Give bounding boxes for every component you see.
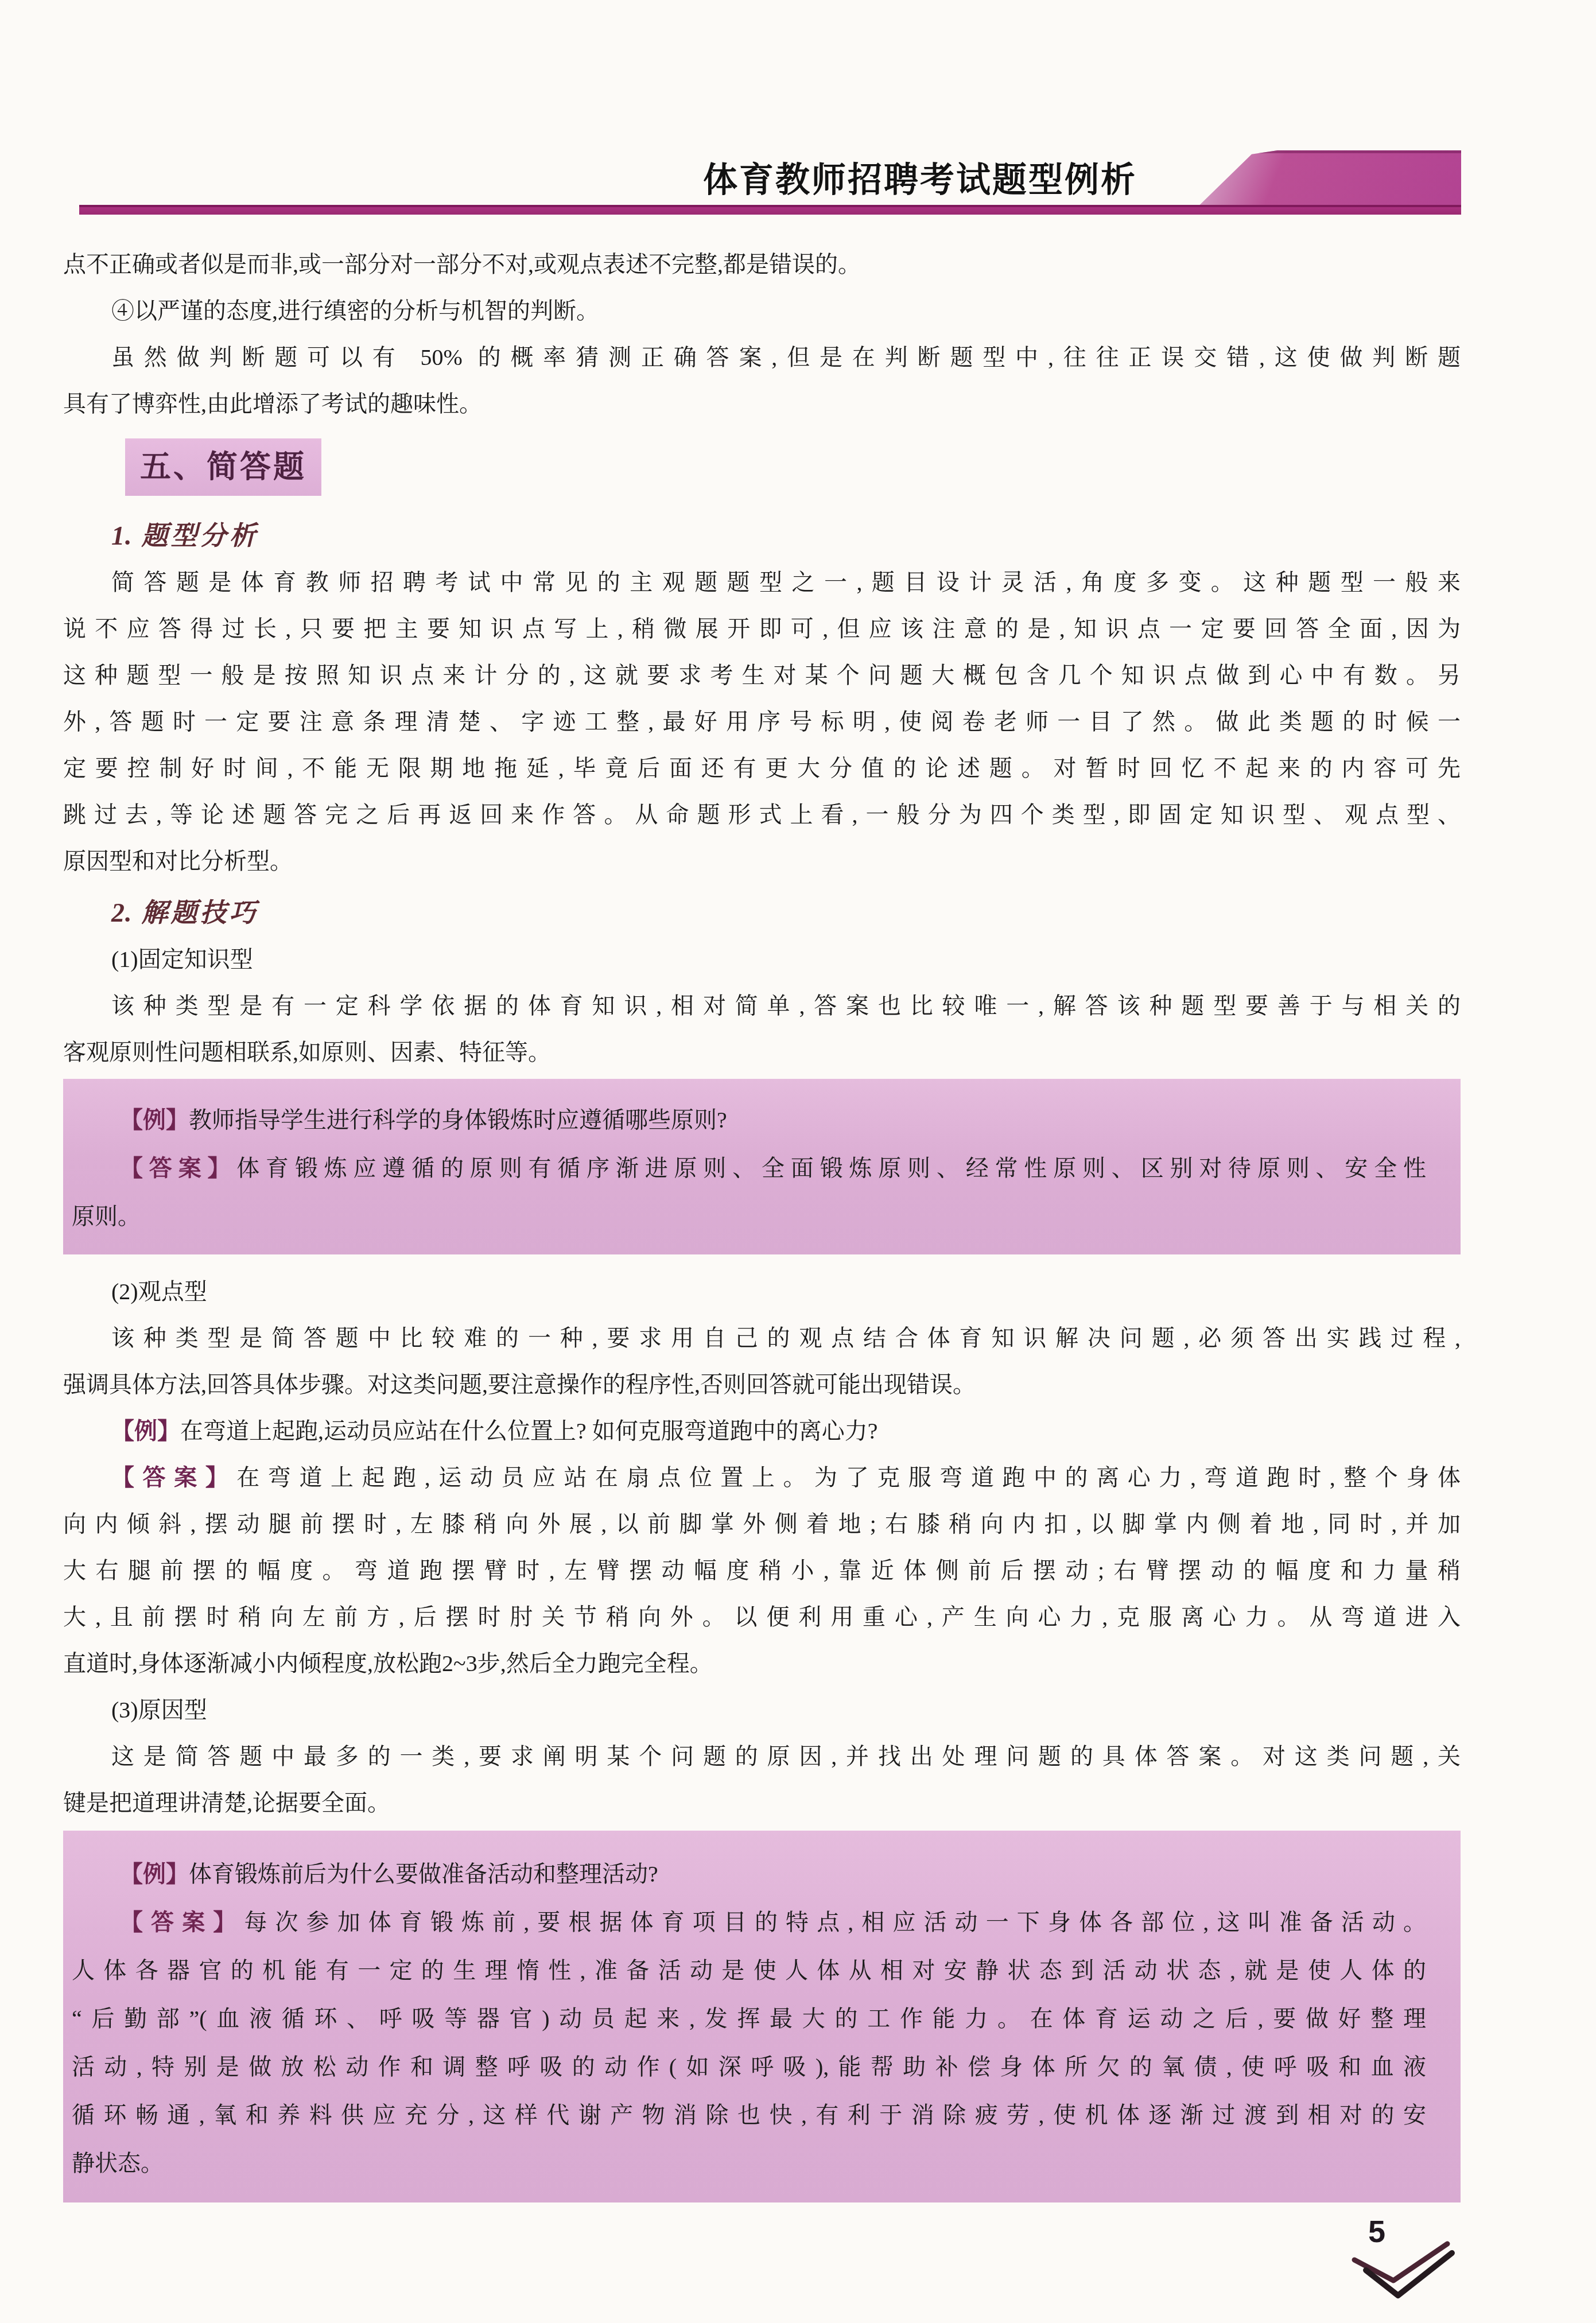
example-question-line: 【例】在弯道上起跑,运动员应站在什么位置上? 如何克服弯道跑中的离心力? — [63, 1408, 1461, 1454]
example-question: 教师指导学生进行科学的身体锻炼时应遵循哪些原则? — [189, 1107, 727, 1133]
example-answer-line: 向内倾斜,摆动腿前摆时,左膝稍向外展,以前脚掌外侧着地;右膝稍向内扣,以脚掌内侧… — [63, 1501, 1461, 1547]
text-line: 这是简答题中最多的一类,要求阐明某个问题的原因,并找出处理问题的具体答案。对这类… — [63, 1733, 1461, 1780]
type-heading-2: (2)观点型 — [63, 1268, 1461, 1315]
answer-text: 每次参加体育锻炼前,要根据体育项目的特点,相应活动一下身体各部位,这叫准备活动。 — [244, 1909, 1426, 1935]
example-question: 体育锻炼前后为什么要做准备活动和整理活动? — [189, 1861, 658, 1887]
text-line: 具有了博弈性,由此增添了考试的趣味性。 — [63, 380, 1461, 427]
example-answer-line: 直道时,身体逐渐减小内倾程度,放松跑2~3步,然后全力跑完全程。 — [63, 1640, 1461, 1687]
example-answer-line: 人体各器官的机能有一定的生理惰性,准备活动是使人体从相对安静状态到活动状态,就是… — [72, 1947, 1426, 1995]
text-line: 该种类型是简答题中比较难的一种,要求用自己的观点结合体育知识解决问题,必须答出实… — [63, 1315, 1461, 1361]
book-page: 体育教师招聘考试题型例析 点不正确或者似是而非,或一部分对一部分不对,或观点表述… — [0, 0, 1596, 2323]
subsection-title: 解题技巧 — [142, 898, 259, 927]
subsection-heading-1: 1.题型分析 — [63, 513, 1461, 559]
text-line: 强调具体方法,回答具体步骤。对这类问题,要注意操作的程序性,否则回答就可能出现错… — [63, 1361, 1461, 1408]
subsection-title: 题型分析 — [142, 521, 259, 550]
text-line: ④以严谨的态度,进行缜密的分析与机智的判断。 — [63, 288, 1461, 334]
example-answer-line: 大,且前摆时稍向左前方,后摆时肘关节稍向外。以便利用重心,产生向心力,克服离心力… — [63, 1594, 1461, 1640]
example-answer-line: 原则。 — [72, 1192, 1426, 1241]
text-line: 说不应答得过长,只要把主要知识点写上,稍微展开即可,但应该注意的是,知识点一定要… — [63, 605, 1461, 652]
text-line: 客观原则性问题相联系,如原则、因素、特征等。 — [63, 1029, 1461, 1075]
example-question-line: 【例】体育锻炼前后为什么要做准备活动和整理活动? — [72, 1850, 1426, 1898]
wing-checkmark-icon — [1346, 2236, 1461, 2305]
example-answer-line: 【答案】在弯道上起跑,运动员应站在扇点位置上。为了克服弯道跑中的离心力,弯道跑时… — [63, 1454, 1461, 1501]
answer-label: 【答案】 — [111, 1464, 236, 1490]
subsection-number: 2. — [111, 898, 133, 927]
type-heading-1: (1)固定知识型 — [63, 936, 1461, 982]
answer-label: 【答案】 — [120, 1909, 244, 1935]
example-answer-line: 【答案】体育锻炼应遵循的原则有循序渐进原则、全面锻炼原则、经常性原则、区别对待原… — [72, 1144, 1426, 1192]
subsection-number: 1. — [111, 521, 133, 550]
page-body: 点不正确或者似是而非,或一部分对一部分不对,或观点表述不完整,都是错误的。 ④以… — [0, 241, 1596, 2202]
text-line: 虽然做判断题可以有 50% 的概率猜测正确答案,但是在判断题型中,往往正误交错,… — [63, 334, 1461, 380]
text-line: 简答题是体育教师招聘考试中常见的主观题题型之一,题目设计灵活,角度多变。这种题型… — [63, 559, 1461, 605]
answer-text: 体育锻炼应遵循的原则有循序渐进原则、全面锻炼原则、经常性原则、区别对待原则、安全… — [236, 1155, 1426, 1181]
example-answer-line: 活动,特别是做放松动作和调整呼吸的动作(如深呼吸),能帮助补偿身体所欠的氧债,使… — [72, 2043, 1426, 2091]
text-line: 点不正确或者似是而非,或一部分对一部分不对,或观点表述不完整,都是错误的。 — [63, 241, 1461, 288]
example-answer-line: 大右腿前摆的幅度。弯道跑摆臂时,左臂摆动幅度稍小,靠近体侧前后摆动;右臂摆动的幅… — [63, 1547, 1461, 1594]
header-ribbon-bar — [79, 205, 1461, 215]
text-line: 该种类型是有一定科学依据的体育知识,相对简单,答案也比较唯一,解答该种题型要善于… — [63, 982, 1461, 1029]
text-line: 键是把道理讲清楚,论据要全面。 — [63, 1780, 1461, 1826]
text-line: 原因型和对比分析型。 — [63, 838, 1461, 884]
section-heading-badge: 五、简答题 — [125, 438, 321, 496]
example-box-1: 【例】教师指导学生进行科学的身体锻炼时应遵循哪些原则? 【答案】体育锻炼应遵循的… — [63, 1079, 1461, 1254]
text-line: 跳过去,等论述题答完之后再返回来作答。从命题形式上看,一般分为四个类型,即固定知… — [63, 791, 1461, 838]
example-answer-line: 静状态。 — [72, 2139, 1426, 2188]
example-label: 【例】 — [111, 1418, 180, 1444]
example-box-2: 【例】体育锻炼前后为什么要做准备活动和整理活动? 【答案】每次参加体育锻炼前,要… — [63, 1831, 1461, 2202]
subsection-heading-2: 2.解题技巧 — [63, 890, 1461, 936]
text-line: 这种题型一般是按照知识点来计分的,这就要求考生对某个问题大概包含几个知识点做到心… — [63, 652, 1461, 698]
answer-label: 【答案】 — [120, 1155, 236, 1181]
answer-text: 在弯道上起跑,运动员应站在扇点位置上。为了克服弯道跑中的离心力,弯道跑时,整个身… — [236, 1464, 1461, 1490]
type-heading-3: (3)原因型 — [63, 1687, 1461, 1733]
example-label: 【例】 — [120, 1107, 189, 1133]
example-answer-line: 循环畅通,氧和养料供应充分,这样代谢产物消除也快,有利于消除疲劳,使机体逐渐过渡… — [72, 2091, 1426, 2139]
example-question: 在弯道上起跑,运动员应站在什么位置上? 如何克服弯道跑中的离心力? — [180, 1418, 878, 1444]
example-label: 【例】 — [120, 1861, 189, 1887]
example-question-line: 【例】教师指导学生进行科学的身体锻炼时应遵循哪些原则? — [72, 1096, 1426, 1144]
example-answer-line: “后勤部”(血液循环、呼吸等器官)动员起来,发挥最大的工作能力。在体育运动之后,… — [72, 1995, 1426, 2043]
text-line: 定要控制好时间,不能无限期地拖延,毕竟后面还有更大分值的论述题。对暂时回忆不起来… — [63, 745, 1461, 791]
text-line: 外,答题时一定要注意条理清楚、字迹工整,最好用序号标明,使阅卷老师一目了然。做此… — [63, 698, 1461, 745]
page-header-title: 体育教师招聘考试题型例析 — [703, 153, 1137, 202]
example-answer-line: 【答案】每次参加体育锻炼前,要根据体育项目的特点,相应活动一下身体各部位,这叫准… — [72, 1898, 1426, 1947]
